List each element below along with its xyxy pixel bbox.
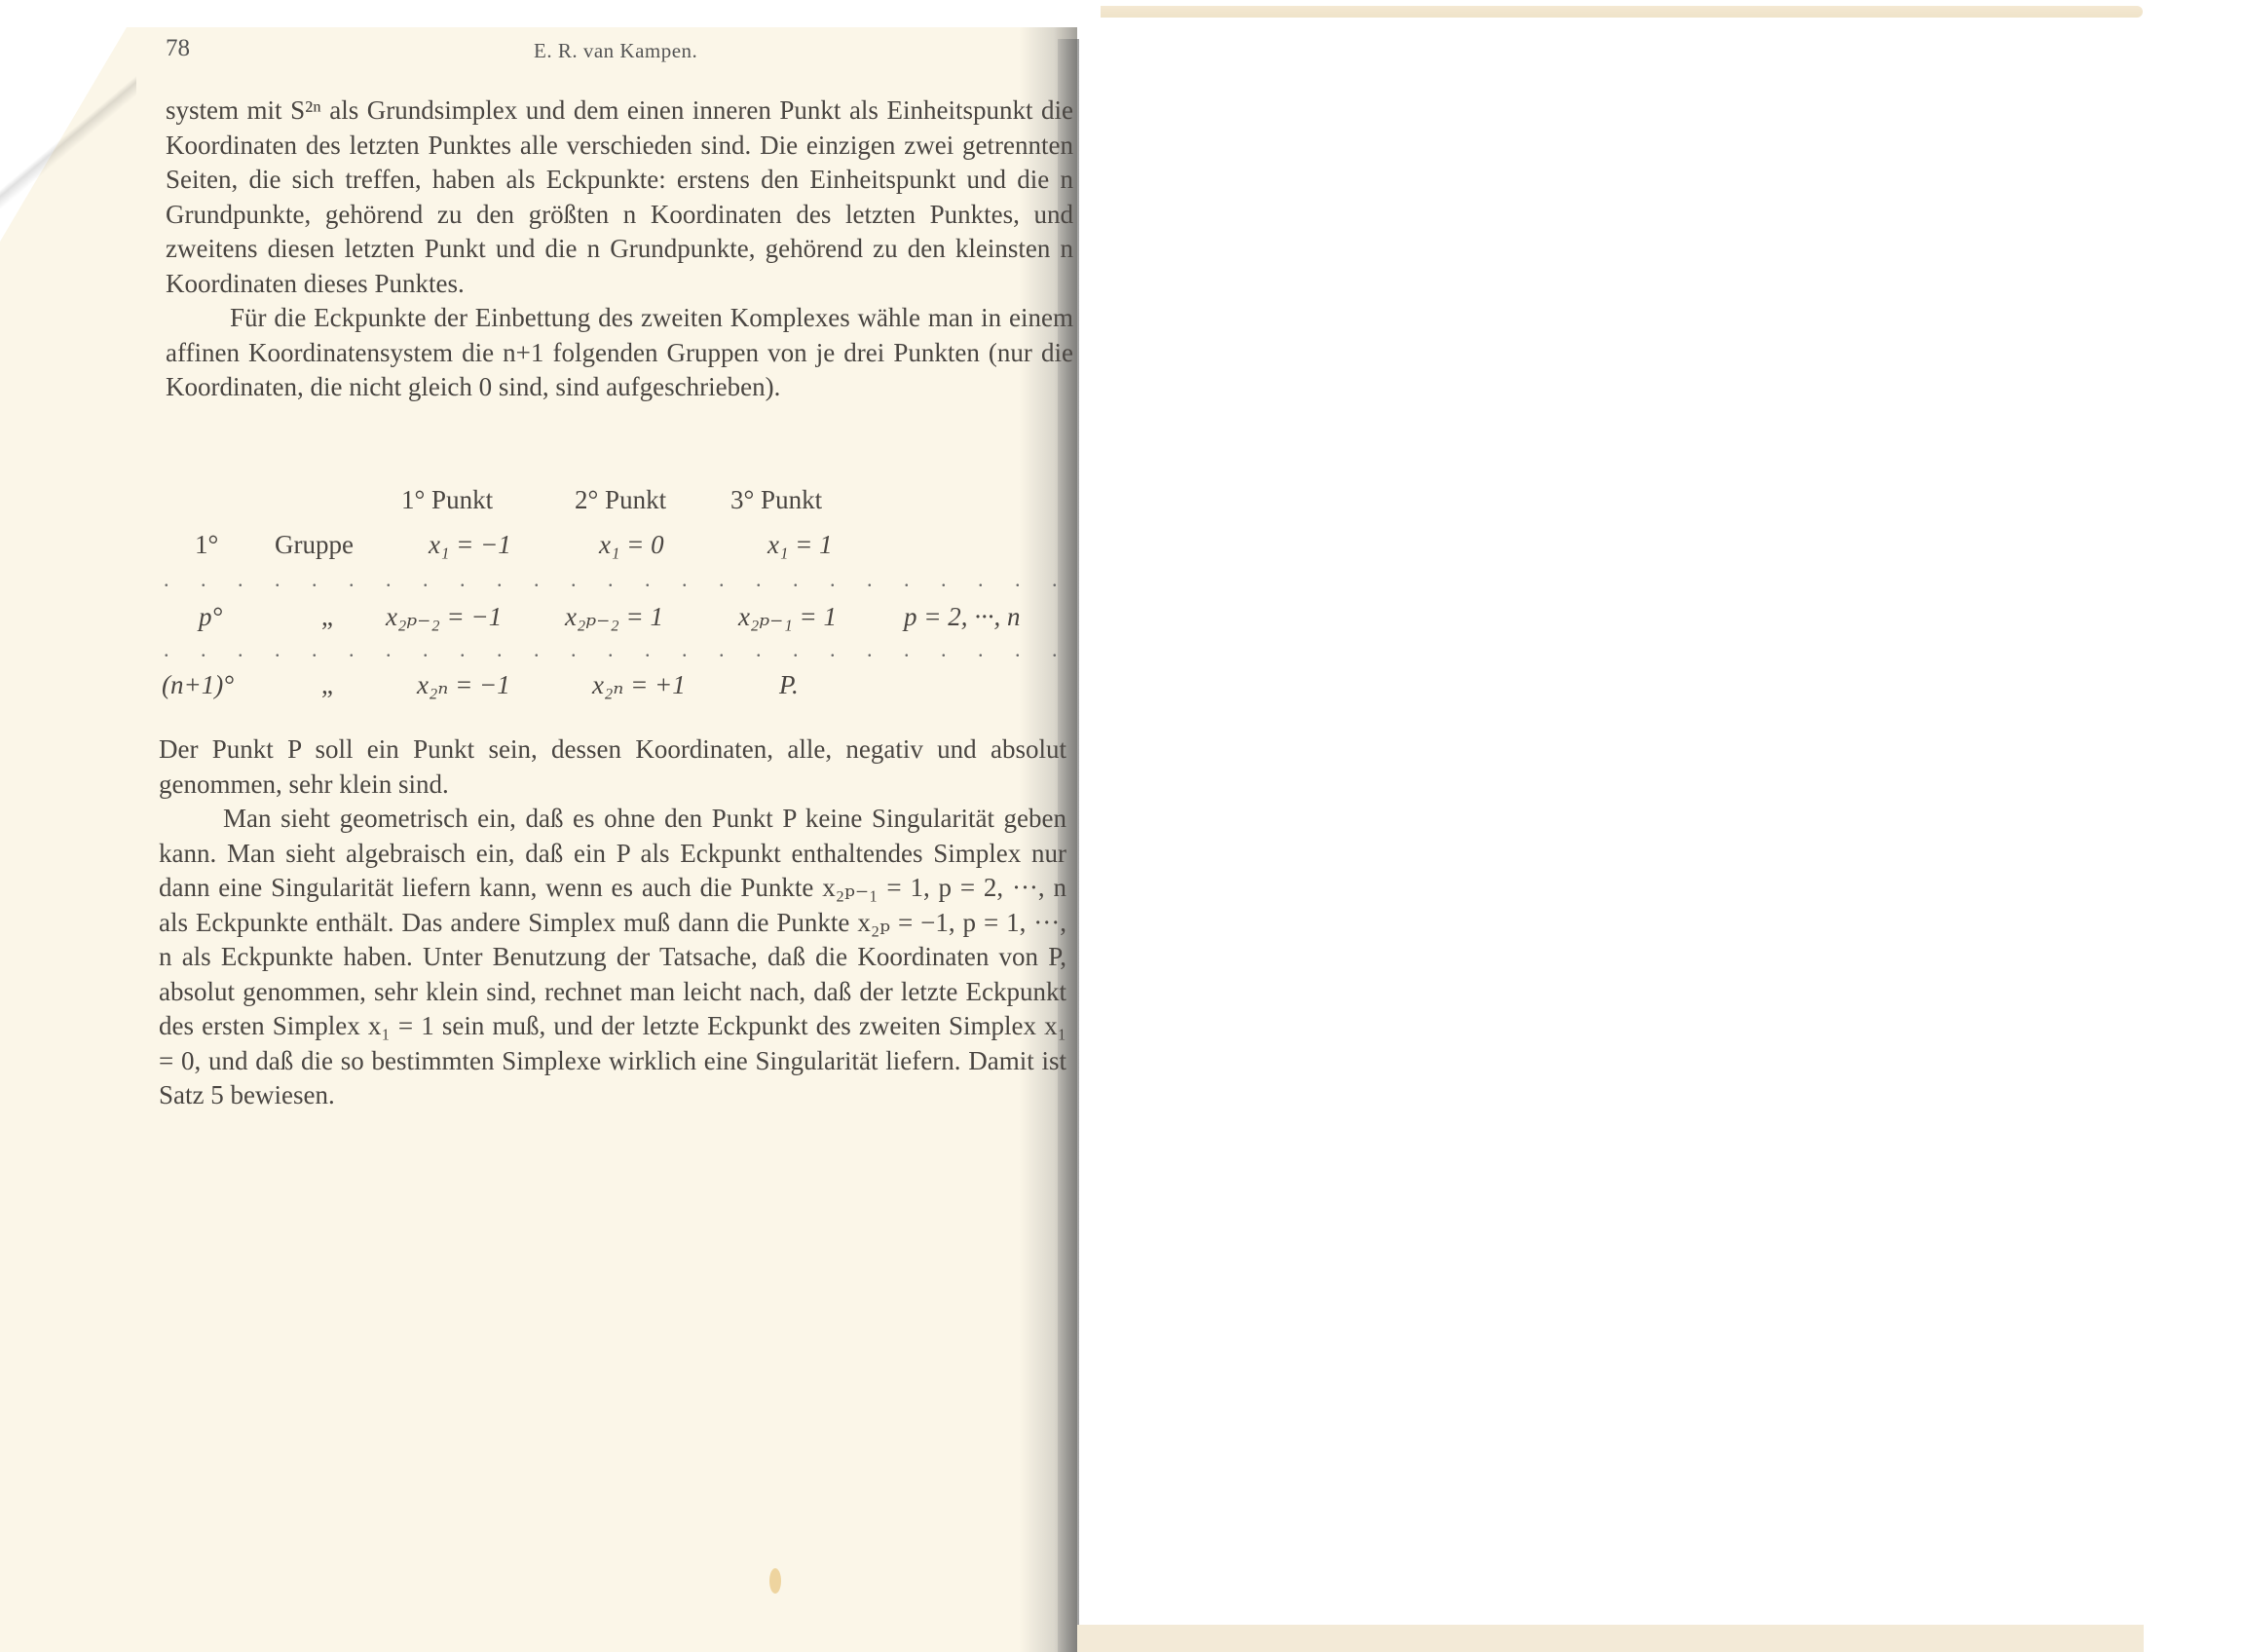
- paragraph: Man sieht geometrisch ein, daß es ohne d…: [159, 802, 1066, 1113]
- table-header: 3° Punkt: [730, 485, 822, 515]
- dot-leader: . . . . . . . . . . . . . . . . . . . . …: [164, 567, 1070, 592]
- cell: x₁ = 0: [599, 530, 664, 560]
- page-number: 78: [166, 35, 190, 62]
- running-head: E. R. van Kampen.: [534, 39, 697, 63]
- cell: x₂ₚ₋₂ = 1: [565, 602, 663, 632]
- body-text-top: system mit S²ⁿ als Grundsimplex und dem …: [166, 94, 1073, 405]
- top-page-edge: [1101, 6, 2143, 18]
- row-label: Gruppe: [275, 530, 354, 560]
- cell: x₂ₚ₋₁ = 1: [738, 602, 837, 632]
- table-header: 1° Punkt: [401, 485, 493, 515]
- paragraph: system mit S²ⁿ als Grundsimplex und dem …: [166, 94, 1073, 301]
- cell: x₁ = −1: [429, 530, 511, 560]
- cell: x₁ = 1: [767, 530, 833, 560]
- table-header: 2° Punkt: [575, 485, 666, 515]
- bottom-page-edge: [1077, 1625, 2144, 1652]
- cell: x₂ₙ = +1: [592, 670, 686, 700]
- coordinate-table: 1° Punkt 2° Punkt 3° Punkt 1° Gruppe x₁ …: [156, 485, 1091, 709]
- cell: x₂ₙ = −1: [417, 670, 510, 700]
- cell-note: p = 2, ···, n: [904, 602, 1020, 632]
- paragraph: Der Punkt P soll ein Punkt sein, dessen …: [159, 732, 1066, 802]
- row-index: p°: [199, 602, 222, 632]
- page-header: 78 E. R. van Kampen.: [166, 35, 1071, 64]
- paragraph: Für die Eckpunkte der Einbettung des zwe…: [166, 301, 1073, 405]
- cell: P.: [779, 670, 799, 700]
- cell: x₂ₚ₋₂ = −1: [386, 602, 502, 632]
- row-index: 1°: [195, 530, 218, 560]
- row-label: „: [321, 602, 333, 632]
- blank-page-right: [1077, 29, 2244, 1625]
- dot-leader: . . . . . . . . . . . . . . . . . . . . …: [164, 637, 1070, 662]
- row-label: „: [321, 670, 333, 700]
- torn-corner: [0, 27, 136, 251]
- row-index: (n+1)°: [162, 670, 234, 700]
- body-text-bottom: Der Punkt P soll ein Punkt sein, dessen …: [159, 732, 1066, 1113]
- paper-stain: [769, 1568, 781, 1594]
